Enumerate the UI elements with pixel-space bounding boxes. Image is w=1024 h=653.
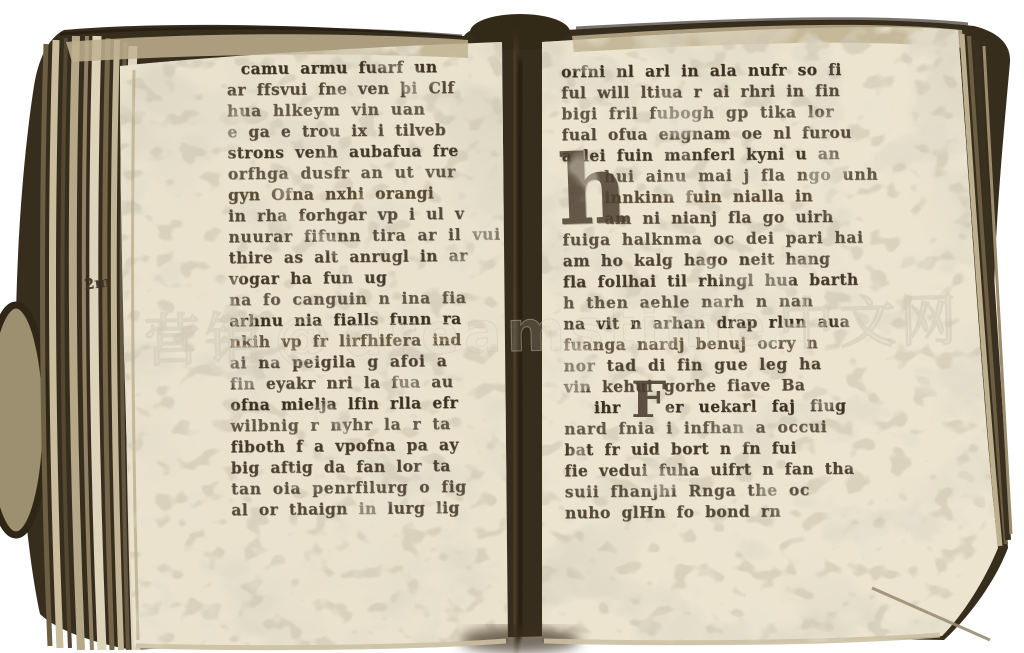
manuscript-line: am ni nianj fla go uirh (604, 206, 862, 229)
manuscript-line: innkinn fuin nialla in (604, 185, 862, 208)
manuscript-line: bigi fril fubogh gp tika lor (561, 101, 861, 125)
manuscript-line: nuho glHn fo bond rn (565, 500, 865, 524)
margin-note: 2m (83, 272, 112, 293)
manuscript-line: orfni nl arl in ala nufr so fi (561, 59, 861, 83)
manuscript-line: wilbnig r nyhr la r ta (230, 413, 492, 437)
left-page-text: camu armu fuarf unar ffsvui fne ven þi C… (227, 56, 494, 521)
manuscript-line: big aftig da fan lor ta (231, 455, 493, 479)
manuscript-line: thire as alt anrugl in ar (229, 245, 491, 269)
watermark-cjk-prefix: 营销 (143, 307, 267, 375)
manuscript-line: suii fhanjhi Rnga the oc (565, 479, 865, 503)
manuscript-line: ofna mielja lfin rlla efr (230, 392, 492, 416)
manuscript-line: hui ainu mai j fla ngo unh (604, 164, 862, 187)
manuscript-line: e ga e trou ix i tilveb (227, 119, 489, 143)
manuscript-line: orfhga dusfr an ut vur (228, 161, 490, 185)
manuscript-line: bat fr uid bort n fn fui (564, 437, 864, 461)
manuscript-line: am ho kalg hago neit hang (563, 248, 863, 272)
manuscript-line: vogar ha fun ug (229, 266, 491, 290)
manuscript-line: fiboth f a vpofna pa ay (231, 434, 493, 458)
manuscript-line: ar ffsvui fne ven þi Clf (227, 77, 489, 101)
manuscript-line: vin kehui gorhe fiave Ba (564, 374, 864, 398)
drop-cap-f: F (631, 376, 667, 424)
manuscript-line: nard fnia i infhan a occui (564, 416, 864, 440)
manuscript-line: in rha forhgar vp i ul v (228, 203, 490, 227)
manuscript-line: strons venh aubafua fre (227, 140, 489, 164)
manuscript-line: al or thaign in lurg lig (231, 497, 493, 521)
watermark-cjk-suffix: 中文网 (778, 288, 963, 358)
cover-clasp (0, 305, 46, 535)
watermark-site-name: dreamstime (342, 293, 771, 369)
manuscript-line: nuurar fifunn tira ar il vui (228, 224, 490, 248)
manuscript-line: camu armu fuarf un (241, 56, 489, 80)
manuscript-line: hua hlkeym vin uan (227, 98, 489, 122)
manuscript-line: gyn Ofna nxhi orangi (228, 182, 490, 206)
watermark-at-sign: @ (273, 305, 336, 372)
drop-cap-h: h (556, 143, 629, 237)
manuscript-line: ful will ltiua r ai rhri in fin (561, 80, 861, 104)
manuscript-line: tan oia penrfilurg o fig (231, 476, 493, 500)
manuscript-photo: camu armu fuarf unar ffsvui fne ven þi C… (0, 0, 1024, 653)
manuscript-line: fie vedui fuha uifrt n fan tha (564, 458, 864, 482)
